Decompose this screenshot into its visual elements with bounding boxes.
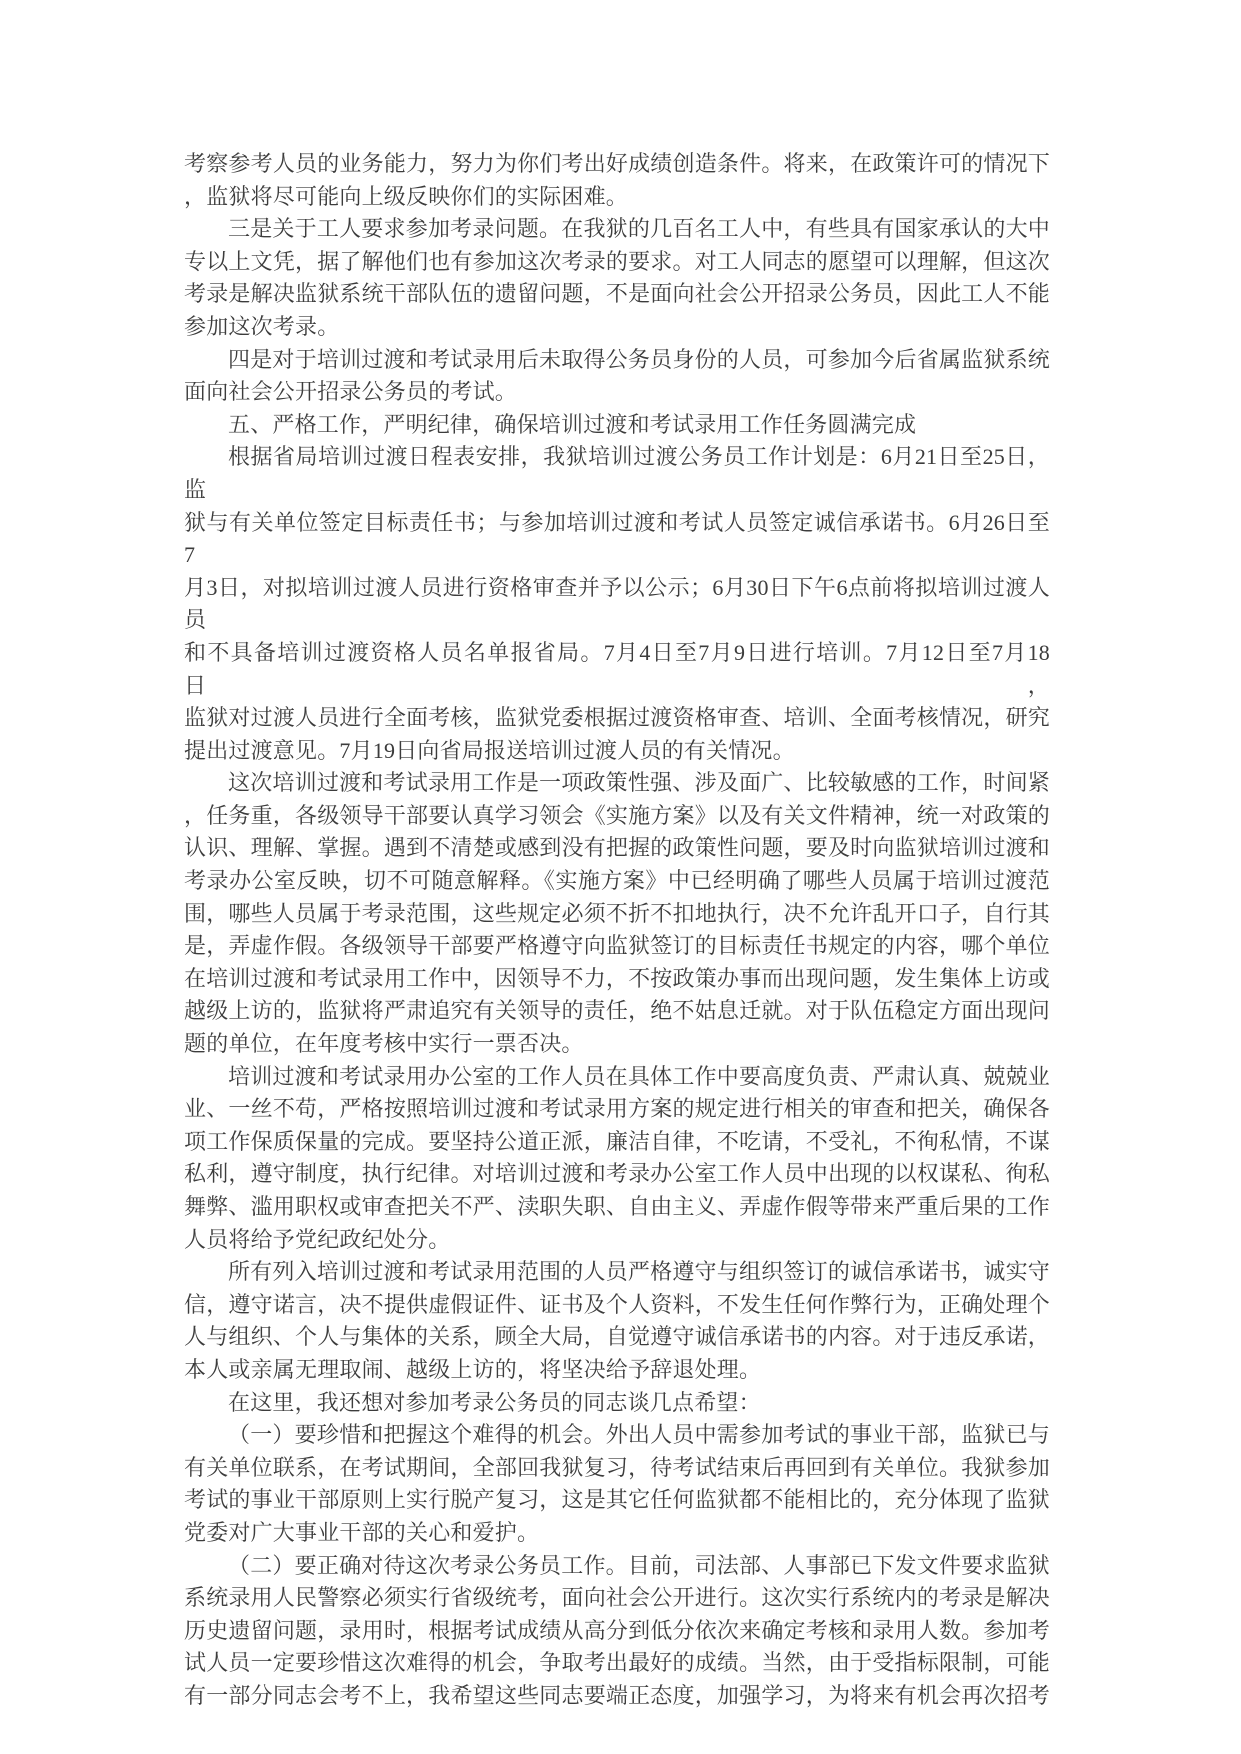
- text-line: 面向社会公开招录公务员的考试。: [184, 376, 1050, 409]
- text-line: 考录是解决监狱系统干部队伍的遗留问题，不是面向社会公开招录公务员，因此工人不能: [184, 278, 1050, 311]
- text-line: 有一部分同志会考不上，我希望这些同志要端正态度，加强学习，为将来有机会再次招考: [184, 1680, 1050, 1713]
- document-text-block: 考察参考人员的业务能力，努力为你们考出好成绩创造条件。将来，在政策许可的情况下，…: [184, 148, 1050, 1713]
- text-line: 和不具备培训过渡资格人员名单报省局。7月4日至7月9日进行培训。7月12日至7月…: [184, 637, 1050, 702]
- document-page: 考察参考人员的业务能力，努力为你们考出好成绩创造条件。将来，在政策许可的情况下，…: [0, 0, 1241, 1754]
- text-line: （一）要珍惜和把握这个难得的机会。外出人员中需参加考试的事业干部，监狱已与: [184, 1419, 1050, 1452]
- text-line: 参加这次考录。: [184, 311, 1050, 344]
- text-line: 有关单位联系，在考试期间，全部回我狱复习，待考试结束后再回到有关单位。我狱参加: [184, 1452, 1050, 1485]
- text-line: 是，弄虚作假。各级领导干部要严格遵守向监狱签订的目标责任书规定的内容，哪个单位: [184, 930, 1050, 963]
- text-line: 试人员一定要珍惜这次难得的机会，争取考出最好的成绩。当然，由于受指标限制，可能: [184, 1647, 1050, 1680]
- text-line: 业、一丝不苟，严格按照培训过渡和考试录用方案的规定进行相关的审查和把关，确保各: [184, 1093, 1050, 1126]
- text-line: 项工作保质保量的完成。要坚持公道正派，廉洁自律，不吃请，不受礼，不徇私情，不谋: [184, 1126, 1050, 1159]
- text-line: 专以上文凭，据了解他们也有参加这次考录的要求。对工人同志的愿望可以理解，但这次: [184, 246, 1050, 279]
- text-line: 题的单位，在年度考核中实行一票否决。: [184, 1028, 1050, 1061]
- text-line: 三是关于工人要求参加考录问题。在我狱的几百名工人中，有些具有国家承认的大中: [184, 213, 1050, 246]
- text-line: 五、严格工作，严明纪律，确保培训过渡和考试录用工作任务圆满完成: [184, 409, 1050, 442]
- text-line: 所有列入培训过渡和考试录用范围的人员严格遵守与组织签订的诚信承诺书，诚实守: [184, 1256, 1050, 1289]
- text-line: 在培训过渡和考试录用工作中，因领导不力，不按政策办事而出现问题，发生集体上访或: [184, 963, 1050, 996]
- text-line: 监狱对过渡人员进行全面考核，监狱党委根据过渡资格审查、培训、全面考核情况，研究: [184, 702, 1050, 735]
- text-line: 培训过渡和考试录用办公室的工作人员在具体工作中要高度负责、严肃认真、兢兢业: [184, 1061, 1050, 1094]
- text-line: （二）要正确对待这次考录公务员工作。目前，司法部、人事部已下发文件要求监狱: [184, 1550, 1050, 1583]
- text-line: 人员将给予党纪政纪处分。: [184, 1224, 1050, 1257]
- text-line: ，监狱将尽可能向上级反映你们的实际困难。: [184, 181, 1050, 214]
- text-line: ，任务重，各级领导干部要认真学习领会《实施方案》以及有关文件精神，统一对政策的: [184, 800, 1050, 833]
- text-line: 考察参考人员的业务能力，努力为你们考出好成绩创造条件。将来，在政策许可的情况下: [184, 148, 1050, 181]
- text-line: 提出过渡意见。7月19日向省局报送培训过渡人员的有关情况。: [184, 735, 1050, 768]
- text-line: 根据省局培训过渡日程表安排，我狱培训过渡公务员工作计划是：6月21日至25日，监: [184, 441, 1050, 506]
- text-line: 考录办公室反映，切不可随意解释。《实施方案》中已经明确了哪些人员属于培训过渡范: [184, 865, 1050, 898]
- text-line: 舞弊、滥用职权或审查把关不严、渎职失职、自由主义、弄虚作假等带来严重后果的工作: [184, 1191, 1050, 1224]
- text-line: 历史遗留问题，录用时，根据考试成绩从高分到低分依次来确定考核和录用人数。参加考: [184, 1615, 1050, 1648]
- text-line: 人与组织、个人与集体的关系，顾全大局，自觉遵守诚信承诺书的内容。对于违反承诺，: [184, 1321, 1050, 1354]
- text-line: 本人或亲属无理取闹、越级上访的，将坚决给予辞退处理。: [184, 1354, 1050, 1387]
- text-line: 越级上访的，监狱将严肃追究有关领导的责任，绝不姑息迁就。对于队伍稳定方面出现问: [184, 995, 1050, 1028]
- text-line: 月3日，对拟培训过渡人员进行资格审查并予以公示；6月30日下午6点前将拟培训过渡…: [184, 572, 1050, 637]
- text-line: 党委对广大事业干部的关心和爱护。: [184, 1517, 1050, 1550]
- text-line: 认识、理解、掌握。遇到不清楚或感到没有把握的政策性问题，要及时向监狱培训过渡和: [184, 832, 1050, 865]
- text-line: 这次培训过渡和考试录用工作是一项政策性强、涉及面广、比较敏感的工作，时间紧: [184, 767, 1050, 800]
- text-line: 狱与有关单位签定目标责任书；与参加培训过渡和考试人员签定诚信承诺书。6月26日至…: [184, 507, 1050, 572]
- text-line: 信，遵守诺言，决不提供虚假证件、证书及个人资料，不发生任何作弊行为，正确处理个: [184, 1289, 1050, 1322]
- text-line: 在这里，我还想对参加考录公务员的同志谈几点希望：: [184, 1387, 1050, 1420]
- text-line: 私利，遵守制度，执行纪律。对培训过渡和考录办公室工作人员中出现的以权谋私、徇私: [184, 1158, 1050, 1191]
- text-line: 四是对于培训过渡和考试录用后未取得公务员身份的人员，可参加今后省属监狱系统: [184, 344, 1050, 377]
- text-line: 围，哪些人员属于考录范围，这些规定必须不折不扣地执行，决不允许乱开口子，自行其: [184, 898, 1050, 931]
- text-line: 系统录用人民警察必须实行省级统考，面向社会公开进行。这次实行系统内的考录是解决: [184, 1582, 1050, 1615]
- text-line: 考试的事业干部原则上实行脱产复习，这是其它任何监狱都不能相比的，充分体现了监狱: [184, 1484, 1050, 1517]
